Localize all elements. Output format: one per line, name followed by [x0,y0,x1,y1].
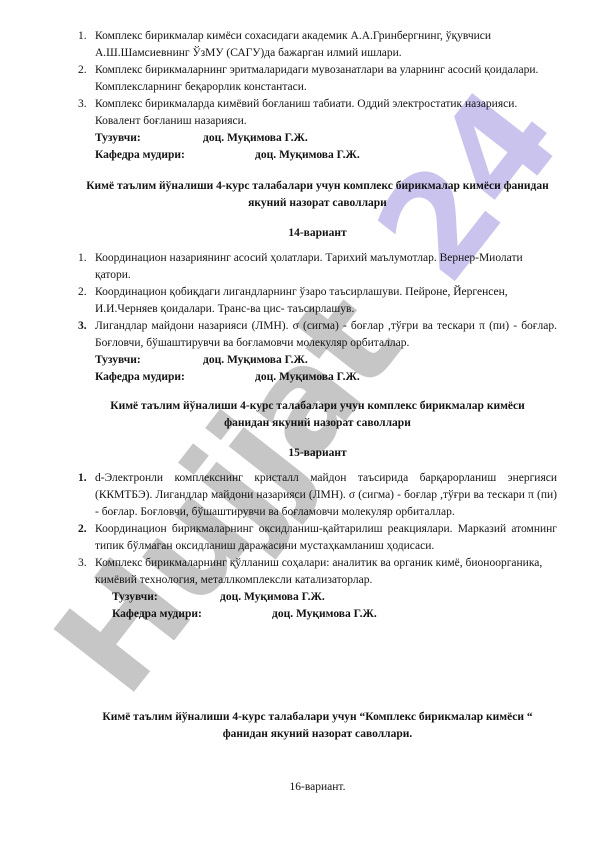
author-row: Тузувчи: доц. Муқимова Г.Ж. [112,589,557,606]
item-number: 3. [78,555,95,589]
author-value: доц. Муқимова Г.Ж. [203,352,308,369]
signature-block: Тузувчи: доц. Муқимова Г.Ж. Кафедра муди… [78,589,557,623]
item-number: 3. [78,318,95,352]
item-text: d-Электронли комплекснинг кристалл майдо… [95,470,557,521]
heading-line: Кимё таълим йўналиши 4-курс талабалари у… [78,398,557,415]
list-item: 3. Комплекс бирикмаларнинг қўлланиш соҳа… [78,555,557,589]
signature-block: Тузувчи: доц. Муқимова Г.Ж. Кафедра муди… [78,130,557,164]
department-head-value: доц. Муқимова Г.Ж. [255,147,360,164]
author-label: Тузувчи: [112,589,220,606]
item-number: 3. [78,96,95,130]
item-number: 2. [78,62,95,96]
heading-line: фанидан якуний назорат саволлари. [78,726,557,743]
item-text: Комплекс бирикмаларда кимёвий боғланиш т… [95,96,557,130]
list-item: 3. Лигандлар майдони назарияси (ЛМН). σ … [78,318,557,352]
item-text: Координацион бирикмаларнинг оксидланиш-қ… [95,521,557,555]
heading-line: Кимё таълим йўналиши 4-курс талабалари у… [78,709,557,726]
variant14-label: 14-вариант [78,225,557,242]
item-text: Комплекс бирикмаларнинг қўлланиш соҳалар… [95,555,557,589]
item-number: 1. [78,28,95,62]
variant15-question-list: 1. d-Электронли комплекснинг кристалл ма… [78,470,557,589]
list-item: 2. Координацион бирикмаларнинг оксидлани… [78,521,557,555]
variant14-question-list: 1. Координацион назариянинг асосий ҳолат… [78,250,557,352]
department-head-label: Кафедра мудири: [112,606,272,623]
item-number: 2. [78,521,95,555]
list-item: 2. Комплекс бирикмаларнинг эритмаларидаг… [78,62,557,96]
variant15-label: 15-вариант [78,445,557,462]
author-value: доц. Муқимова Г.Ж. [220,589,325,606]
item-number: 1. [78,470,95,521]
item-text: Координацион қобиқдаги лигандларнинг ўза… [95,284,557,318]
department-head-value: доц. Муқимова Г.Ж. [255,369,360,386]
list-item: 1. d-Электронли комплекснинг кристалл ма… [78,470,557,521]
item-text: Комплекс бирикмалар кимёси сохасидаги ак… [95,28,557,62]
heading-line: фанидан якуний назорат саволлари [78,415,557,432]
document-page: 1. Комплекс бирикмалар кимёси сохасидаги… [0,0,596,796]
item-number: 1. [78,250,95,284]
item-text: Комплекс бирикмаларнинг эритмаларидаги м… [95,62,557,96]
signature-block: Тузувчи: доц. Муқимова Г.Ж. Кафедра муди… [78,352,557,386]
variant16-heading: Кимё таълим йўналиши 4-курс талабалари у… [78,709,557,743]
author-label: Тузувчи: [95,130,203,147]
department-head-value: доц. Муқимова Г.Ж. [272,606,377,623]
variant14-heading: Кимё таълим йўналиши 4-курс талабалари у… [78,178,557,212]
department-head-row: Кафедра мудири: доц. Муқимова Г.Ж. [112,606,557,623]
heading-line: якуний назорат саволлари [78,195,557,212]
heading-line: Кимё таълим йўналиши 4-курс талабалари у… [78,178,557,195]
variant16-label: 16-вариант. [78,779,557,796]
item-text: Лигандлар майдони назарияси (ЛМН). σ (си… [95,318,557,352]
department-head-row: Кафедра мудири: доц. Муқимова Г.Ж. [95,147,557,164]
author-value: доц. Муқимова Г.Ж. [203,130,308,147]
department-head-row: Кафедра мудири: доц. Муқимова Г.Ж. [95,369,557,386]
list-item: 3. Комплекс бирикмаларда кимёвий боғлани… [78,96,557,130]
list-item: 2. Координацион қобиқдаги лигандларнинг … [78,284,557,318]
item-text: Координацион назариянинг асосий ҳолатлар… [95,250,557,284]
list-item: 1. Координацион назариянинг асосий ҳолат… [78,250,557,284]
author-label: Тузувчи: [95,352,203,369]
variant15-heading: Кимё таълим йўналиши 4-курс талабалари у… [78,398,557,432]
item-number: 2. [78,284,95,318]
author-row: Тузувчи: доц. Муқимова Г.Ж. [95,352,557,369]
department-head-label: Кафедра мудири: [95,369,255,386]
author-row: Тузувчи: доц. Муқимова Г.Ж. [95,130,557,147]
department-head-label: Кафедра мудири: [95,147,255,164]
intro-question-list: 1. Комплекс бирикмалар кимёси сохасидаги… [78,28,557,130]
list-item: 1. Комплекс бирикмалар кимёси сохасидаги… [78,28,557,62]
